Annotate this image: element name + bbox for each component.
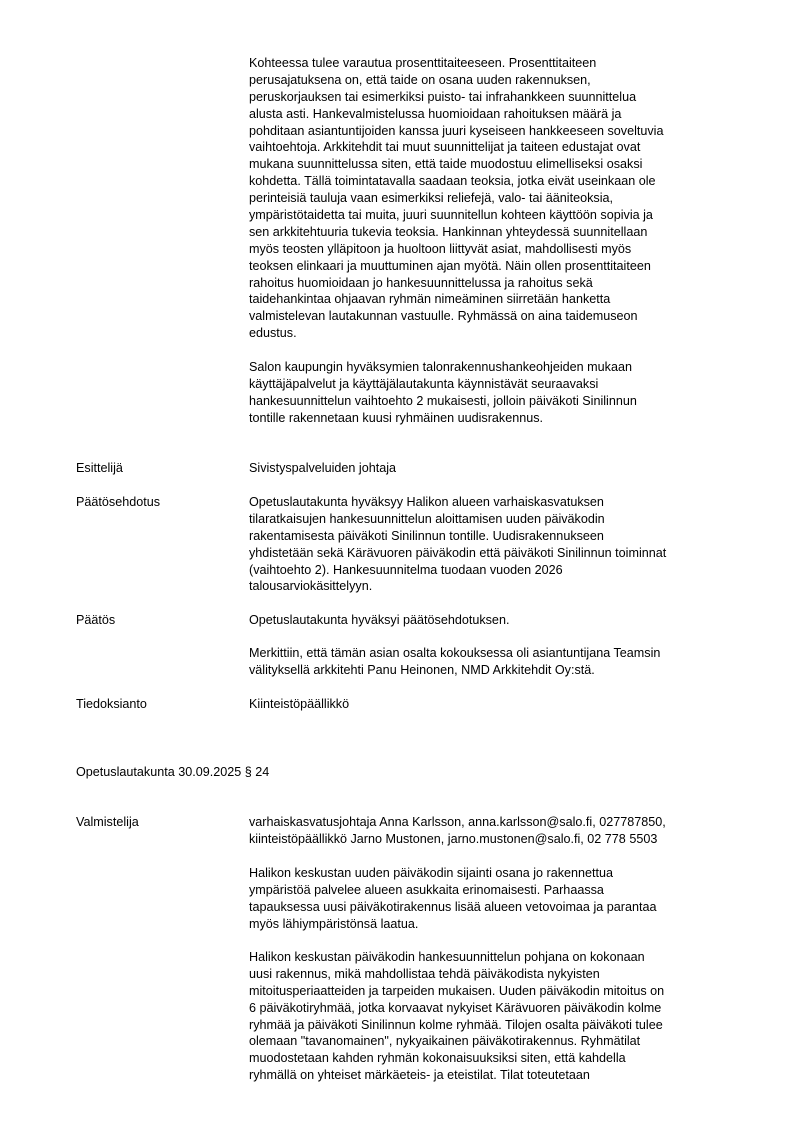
text-line: (vaihtoehto 2). Hankesuunnitelma tuodaan…	[249, 562, 749, 579]
text-line: ympäristötaidetta tai muita, juuri suunn…	[249, 207, 749, 224]
intro-paragraph-hankeohjeet: Salon kaupungin hyväksymien talonrakennu…	[249, 359, 749, 427]
text-line: pohditaan asiantuntijoiden kanssa juuri …	[249, 123, 749, 140]
paatos-label: Päätös	[76, 612, 115, 629]
text-line: valmistelevan lautakunnan vastuulle. Ryh…	[249, 308, 749, 325]
text-line: perusajatuksena on, että taide on osana …	[249, 72, 749, 89]
text-line: alusta asti. Hankevalmistelussa huomioid…	[249, 106, 749, 123]
paatosehdotus-label: Päätösehdotus	[76, 494, 160, 511]
paatos-value: Opetuslautakunta hyväksyi päätösehdotuks…	[249, 612, 749, 629]
text-line: yhdistetään sekä Kärävuoren päiväkodin e…	[249, 545, 749, 562]
body-paragraph-hankesuunnittelu: Halikon keskustan päiväkodin hankesuunni…	[249, 949, 749, 1084]
text-line: vaihtoehtoja. Arkkitehdit tai muut suunn…	[249, 139, 749, 156]
text-line: Kiinteistöpäällikkö	[249, 696, 749, 713]
text-line: ryhmällä on yhteiset märkäeteis- ja etei…	[249, 1067, 749, 1084]
text-line: ympäristöä palvelee alueen asukkaita eri…	[249, 882, 749, 899]
text-line: välityksellä arkkitehti Panu Heinonen, N…	[249, 662, 749, 679]
text-line: 6 päiväkotiryhmää, jotka korvaavat nykyi…	[249, 1000, 749, 1017]
text-line: myös lähiympäristönsä laatua.	[249, 916, 749, 933]
text-line: Opetuslautakunta hyväksyi päätösehdotuks…	[249, 612, 749, 629]
text-line: sen arkkitehtuuria tukevia teoksia. Hank…	[249, 224, 749, 241]
text-line: Merkittiin, että tämän asian osalta koko…	[249, 645, 749, 662]
text-line: perinteisiä tauluja vaan esimerkiksi rel…	[249, 190, 749, 207]
text-line: kiinteistöpäällikkö Jarno Mustonen, jarn…	[249, 831, 749, 848]
valmistelija-label: Valmistelija	[76, 814, 139, 831]
section-heading: Opetuslautakunta 30.09.2025 § 24	[76, 764, 269, 781]
text-line: Sivistyspalveluiden johtaja	[249, 460, 749, 477]
text-line: olemaan "tavanomainen", nykyaikainen päi…	[249, 1033, 749, 1050]
text-line: Opetuslautakunta hyväksyy Halikon alueen…	[249, 494, 749, 511]
text-line: mitoitusperiaatteiden ja tarpeiden mukai…	[249, 983, 749, 1000]
text-line: kohdetta. Tällä toimintatavalla saadaan …	[249, 173, 749, 190]
text-line: Halikon keskustan päiväkodin hankesuunni…	[249, 949, 749, 966]
intro-paragraph-prosenttitaide: Kohteessa tulee varautua prosenttitaitee…	[249, 55, 749, 342]
esittelija-label: Esittelijä	[76, 460, 123, 477]
text-line: rahoitus huomioidaan jo hankesuunnittelu…	[249, 275, 749, 292]
text-line: hankesuunnittelun vaihtoehto 2 mukaisest…	[249, 393, 749, 410]
esittelija-value: Sivistyspalveluiden johtaja	[249, 460, 749, 477]
tiedoksianto-value: Kiinteistöpäällikkö	[249, 696, 749, 713]
text-line: Halikon keskustan uuden päiväkodin sijai…	[249, 865, 749, 882]
document-page: Kohteessa tulee varautua prosenttitaitee…	[0, 0, 794, 1122]
tiedoksianto-label: Tiedoksianto	[76, 696, 147, 713]
text-line: edustus.	[249, 325, 749, 342]
text-line: tontille rakennetaan kuusi ryhmäinen uud…	[249, 410, 749, 427]
text-line: taidehankintaa ohjaavan ryhmän nimeämine…	[249, 291, 749, 308]
text-line: käyttäjäpalvelut ja käyttäjälautakunta k…	[249, 376, 749, 393]
text-line: Salon kaupungin hyväksymien talonrakennu…	[249, 359, 749, 376]
text-line: myös teosten ylläpitoon ja huoltoon liit…	[249, 241, 749, 258]
text-line: tapauksessa uusi päiväkotirakennus lisää…	[249, 899, 749, 916]
text-line: muodostetaan kahden ryhmän kokonaisuuksi…	[249, 1050, 749, 1067]
text-line: Kohteessa tulee varautua prosenttitaitee…	[249, 55, 749, 72]
text-line: mukana suunnittelussa siten, että taide …	[249, 156, 749, 173]
body-paragraph-sijainti: Halikon keskustan uuden päiväkodin sijai…	[249, 865, 749, 933]
text-line: talousarviokäsittelyyn.	[249, 578, 749, 595]
valmistelija-value: varhaiskasvatusjohtaja Anna Karlsson, an…	[249, 814, 749, 848]
paatos-note: Merkittiin, että tämän asian osalta koko…	[249, 645, 749, 679]
text-line: tilaratkaisujen hankesuunnittelun aloitt…	[249, 511, 749, 528]
text-line: teoksen elinkaari ja muuttuminen ajan my…	[249, 258, 749, 275]
text-line: varhaiskasvatusjohtaja Anna Karlsson, an…	[249, 814, 749, 831]
text-line: uusi rakennus, mikä mahdollistaa tehdä p…	[249, 966, 749, 983]
text-line: ryhmää ja päiväkoti Sinilinnun kolme ryh…	[249, 1017, 749, 1034]
text-line: peruskorjauksen tai esimerkiksi puisto- …	[249, 89, 749, 106]
paatosehdotus-value: Opetuslautakunta hyväksyy Halikon alueen…	[249, 494, 749, 595]
text-line: rakentamisesta päiväkoti Sinilinnun tont…	[249, 528, 749, 545]
